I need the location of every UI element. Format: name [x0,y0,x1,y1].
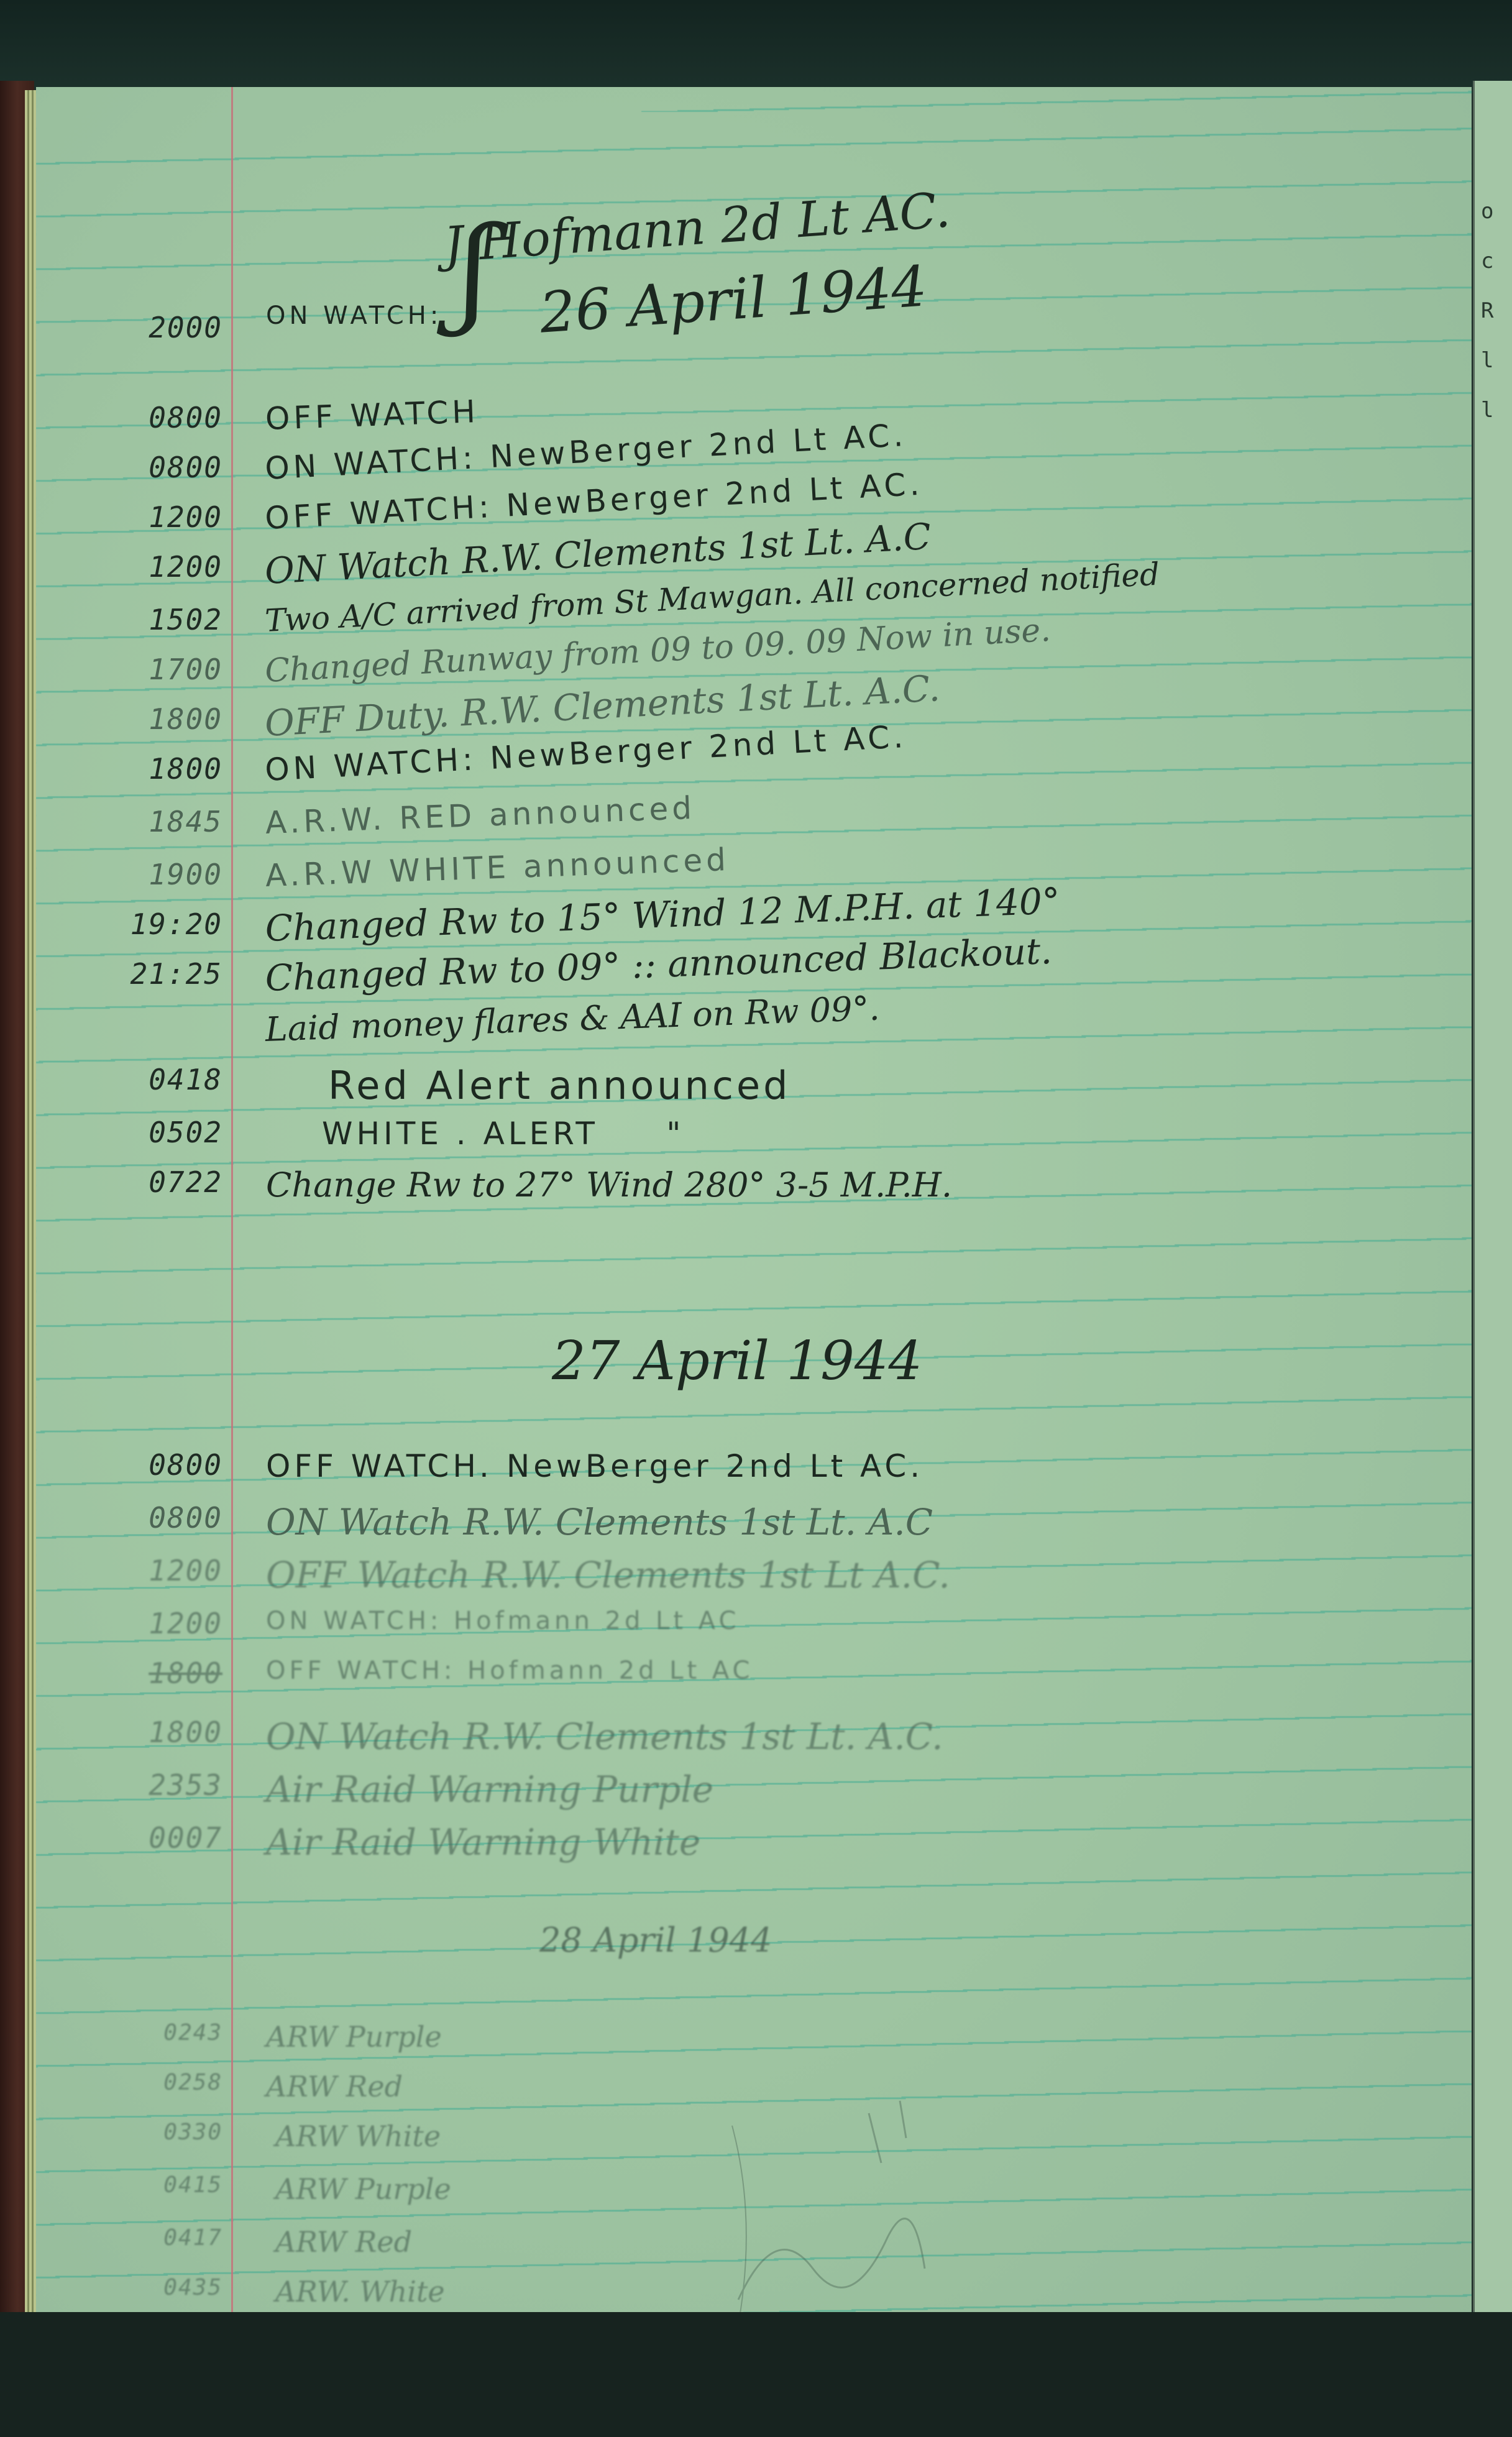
entry-time: 0800 [80,451,222,484]
log-entry: 0502 WHITE . ALERT " [36,1116,1465,1165]
entry-time: 1800 [80,1715,222,1749]
pencil-doodle [701,2063,1012,2343]
entry-text: Air Raid Warning White [266,1821,700,1863]
log-entry: 1800 ON Watch R.W. Clements 1st Lt. A.C. [36,1715,1465,1765]
date-heading-27-april: 27 April 1944 [552,1330,922,1392]
entry-text: ARW White [275,2119,441,2153]
ledger-cover-top [0,0,1512,93]
entry-time: 1845 [80,805,222,838]
entry-text: ARW Red [266,2070,403,2103]
entry-text: ON Watch R.W. Clements 1st Lt. A.C [266,1501,933,1543]
entry-text: ARW Purple [266,2020,442,2054]
entry-time: 1900 [80,858,222,891]
entry-time: 0418 [80,1063,222,1096]
entry-time: 1700 [80,653,222,686]
entry-time: 2353 [80,1768,222,1802]
log-entry: 1200 ON WATCH: Hofmann 2d Lt AC [36,1607,1465,1656]
entry-text: OFF WATCH: Hofmann 2d Lt AC [266,1656,753,1685]
entry-time: 0435 [80,2275,222,2300]
entry-time: 1502 [80,603,222,636]
entry-time: 1200 [80,550,222,584]
entry-time: 0800 [80,401,222,434]
entry-time: 1800 [80,752,222,786]
next-page-edge: o c R l l [1473,81,1512,2343]
entry-time: 0417 [80,2225,222,2251]
ledger-cover-bottom [0,2312,1512,2437]
log-entry: 1845 A.R.W. RED announced [36,805,1465,855]
entry-text: OFF WATCH. NewBerger 2nd Lt AC. [266,1448,923,1484]
entry-time: 2000 [80,311,222,344]
entry-time: 0007 [80,1821,222,1855]
entry-time: 1200 [80,500,222,534]
entry-time: 19:20 [80,907,222,941]
header-entry: 2000 ON WATCH: J Hofmann 2d Lt AC. [36,193,1465,242]
entry-time: 0243 [80,2020,222,2045]
entry-label: ON WATCH: [266,301,442,330]
entry-text: ON Watch R.W. Clements 1st Lt. A.C. [266,1715,943,1758]
log-entry: 1800 ON WATCH: NewBerger 2nd Lt AC. [36,752,1465,802]
date-heading-28-april: 28 April 1944 [539,1921,772,1960]
log-entry: 0007 Air Raid Warning White [36,1821,1465,1871]
entry-time: 1200 [80,1554,222,1587]
entry-text: WHITE . ALERT " [322,1116,684,1152]
log-entry: 0243 ARW Purple [36,2020,1465,2070]
entry-time: 0800 [80,1448,222,1482]
entry-text: Air Raid Warning Purple [266,1768,713,1811]
entry-time-struck: 1800 [80,1656,222,1690]
entry-time: 0415 [80,2172,222,2198]
entry-text: OFF Watch R.W. Clements 1st Lt A.C. [266,1554,950,1596]
log-entry: 1800 OFF WATCH: Hofmann 2d Lt AC [36,1656,1465,1706]
entry-time: 1800 [80,702,222,736]
log-entry: 0800 OFF WATCH. NewBerger 2nd Lt AC. [36,1448,1465,1498]
entry-time: 21:25 [80,957,222,991]
entry-time: 0330 [80,2119,222,2145]
entry-text: OFF WATCH [265,393,480,437]
entry-time: 0800 [80,1501,222,1535]
entry-text: ARW Red [275,2225,412,2259]
log-entry: 0418 Red Alert announced [36,1063,1465,1113]
entry-text: Red Alert announced [328,1063,791,1108]
log-entry: 0722 Change Rw to 27° Wind 280° 3-5 M.P.… [36,1165,1465,1215]
log-entry: 1200 OFF Watch R.W. Clements 1st Lt A.C. [36,1554,1465,1604]
next-page-marks: o c R l l [1481,186,1512,435]
entry-text: ARW. White [275,2275,445,2308]
entry-time: 0722 [80,1165,222,1199]
log-entry: 2353 Air Raid Warning Purple [36,1768,1465,1818]
entry-text: ARW Purple [275,2172,451,2206]
signature-flourish: ʃ [459,211,491,329]
entry-text: ON WATCH: Hofmann 2d Lt AC [266,1607,740,1635]
log-entry: 0800 ON Watch R.W. Clements 1st Lt. A.C [36,1501,1465,1551]
log-entry: Laid money flares & AAI on Rw 09°. [36,1010,1465,1060]
entry-time: 0502 [80,1116,222,1149]
entry-time: 1200 [80,1607,222,1640]
log-page: 2000 ON WATCH: J Hofmann 2d Lt AC. ʃ 26 … [36,87,1472,2343]
entry-text: Change Rw to 27° Wind 280° 3-5 M.P.H. [266,1165,952,1205]
entry-time: 0258 [80,2070,222,2095]
